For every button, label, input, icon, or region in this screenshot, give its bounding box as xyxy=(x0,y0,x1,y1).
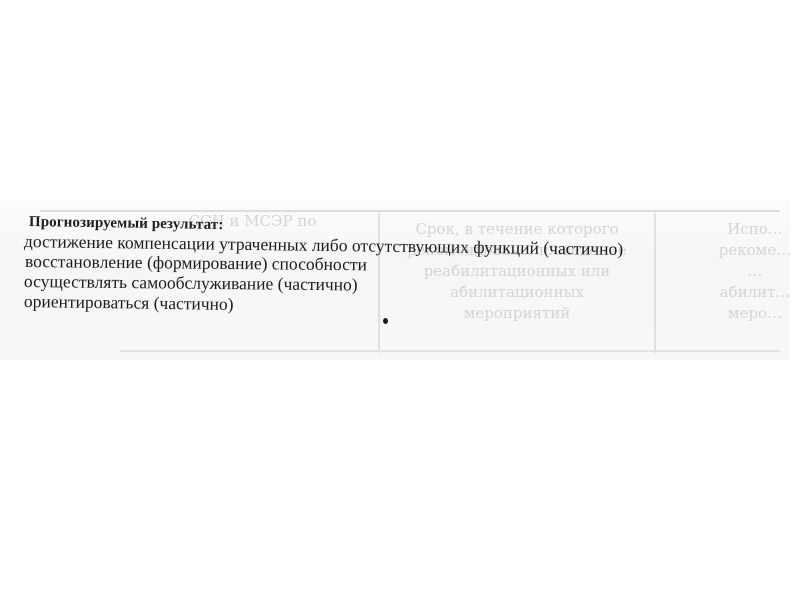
table-column-divider xyxy=(654,213,656,353)
ghost-cell-col3: Испо… рекоме… … абилит… меро… xyxy=(690,219,800,324)
forecast-result-section: Прогнозируемый результат: достижение ком… xyxy=(24,213,623,311)
scanned-page: …ССН и МСЭР по … Срок, в течение которог… xyxy=(0,0,800,600)
table-rule-bottom xyxy=(120,350,780,352)
ink-speck xyxy=(383,318,388,324)
